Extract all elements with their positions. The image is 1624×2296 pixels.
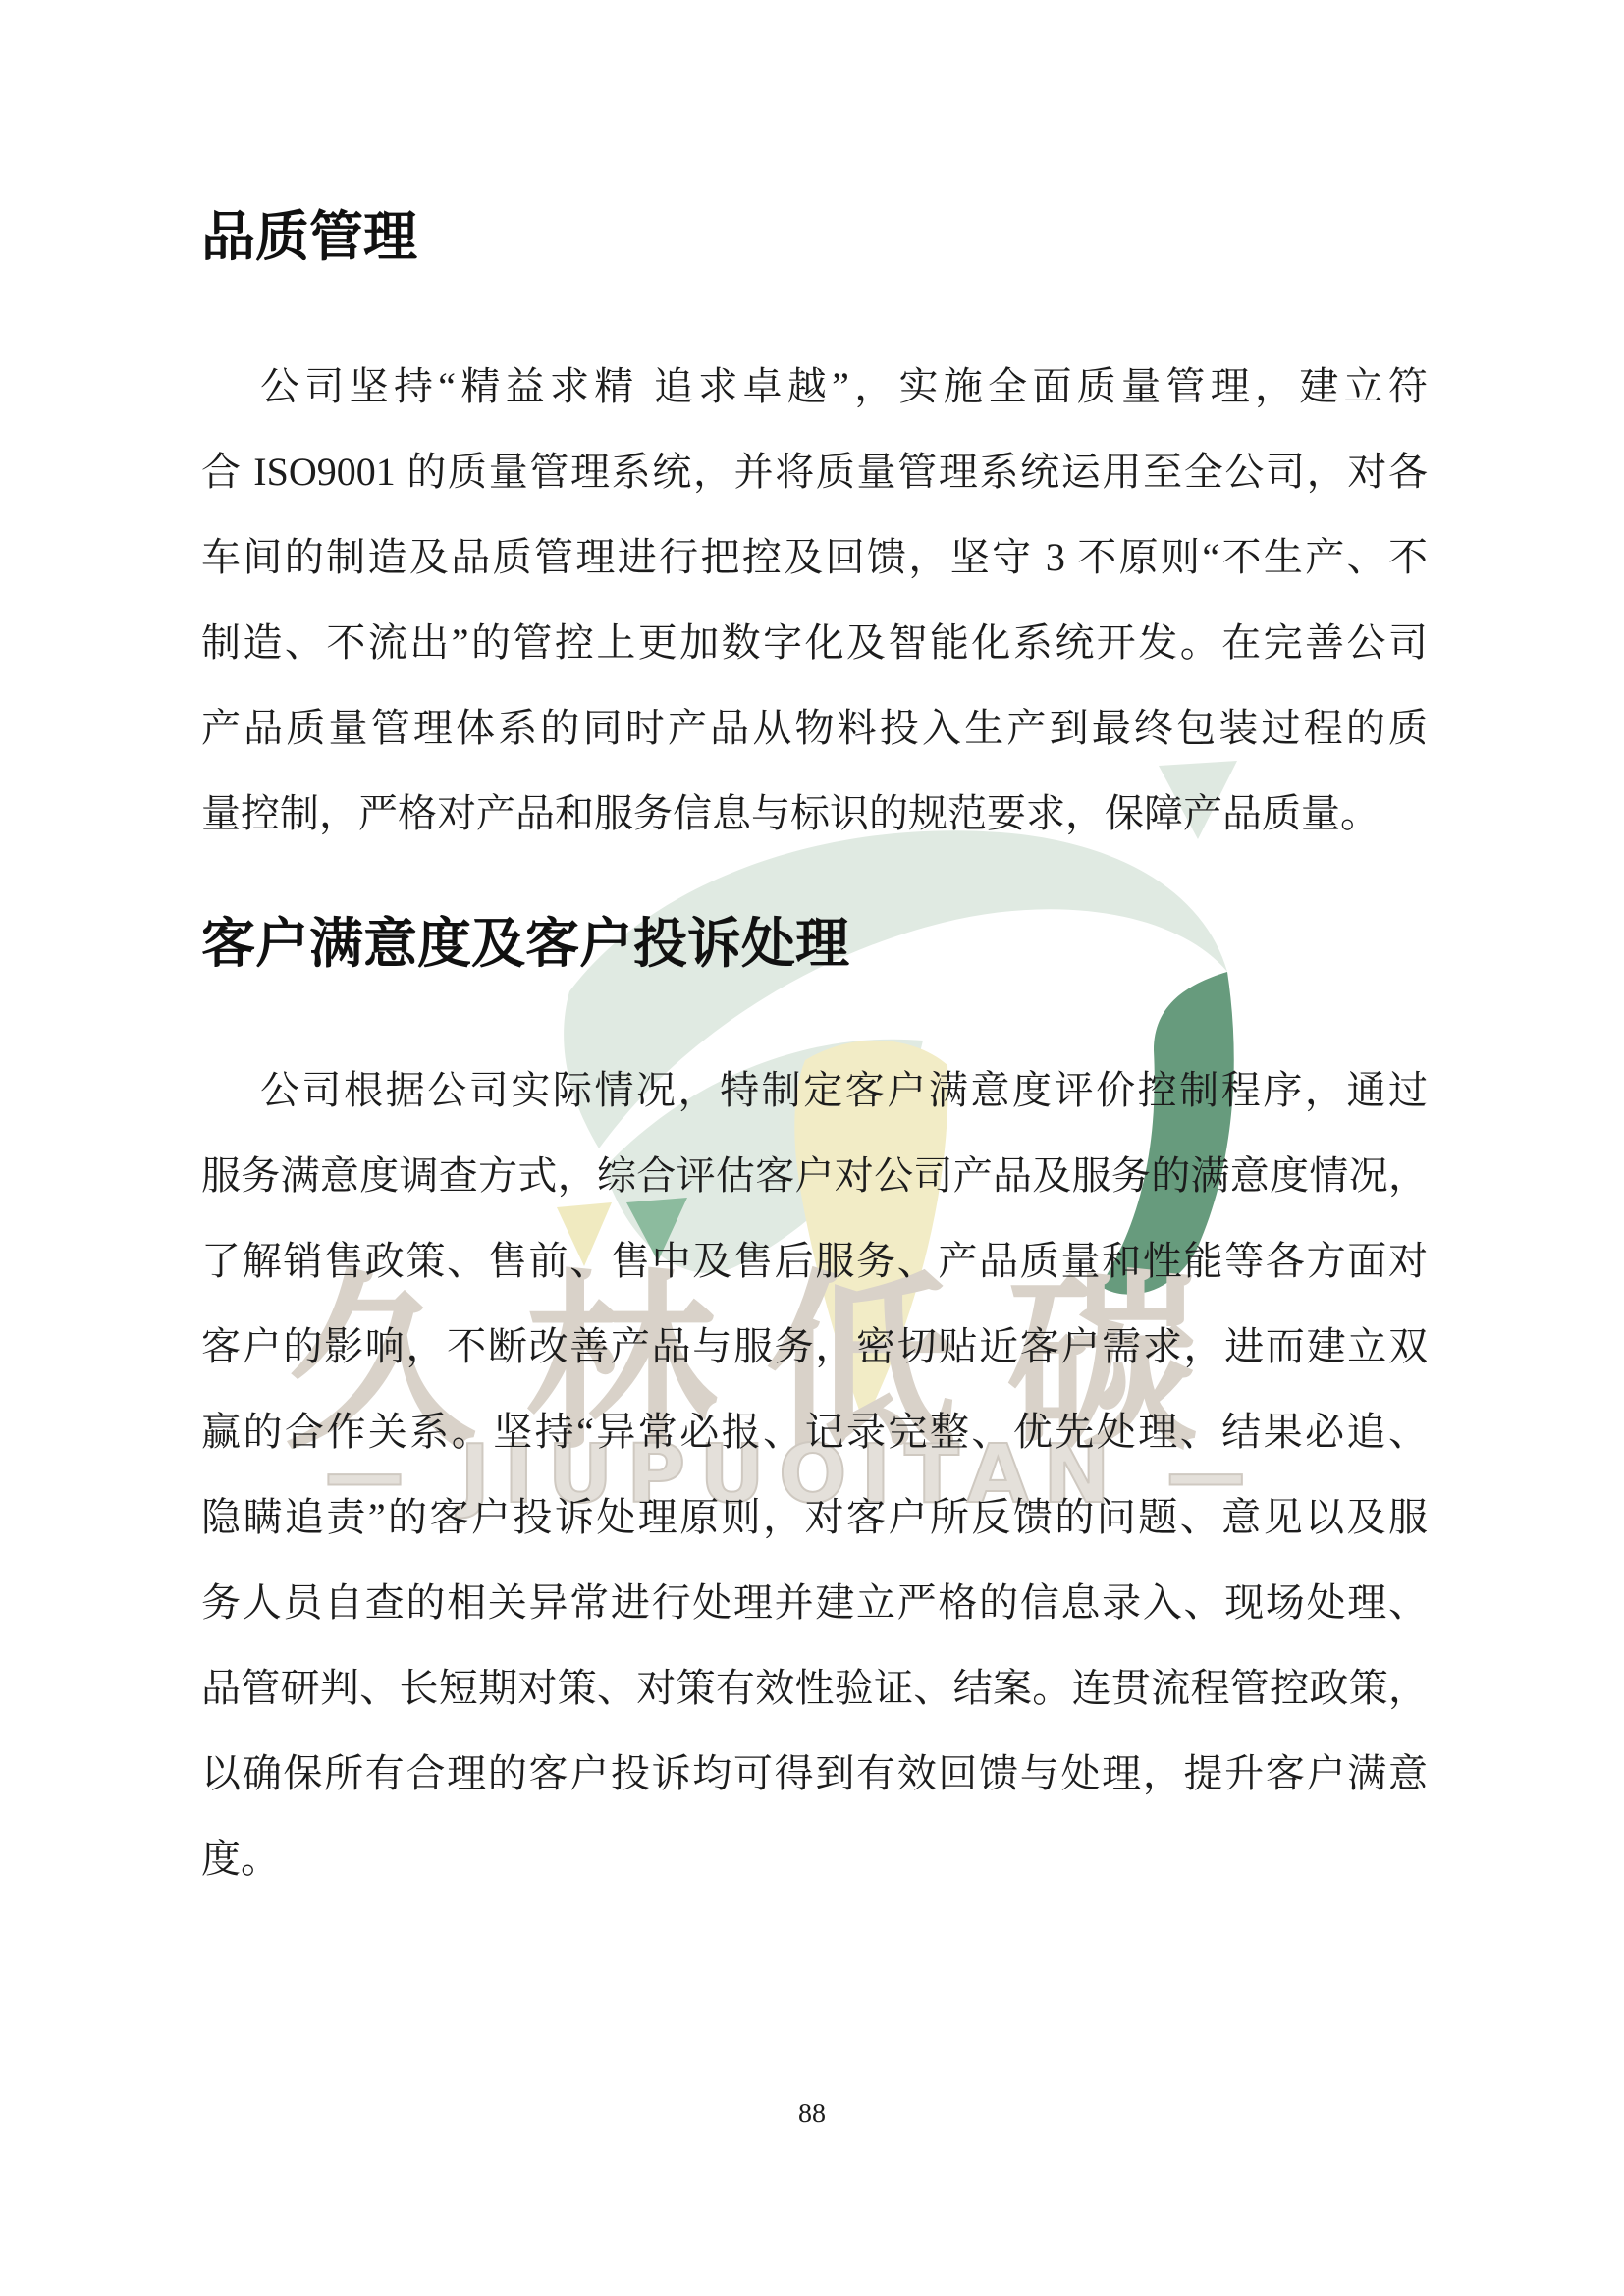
paragraph-line: 务人员自查的相关异常进行处理并建立严格的信息录入、现场处理、: [201, 1560, 1428, 1645]
paragraph-line: 品管研判、长短期对策、对策有效性验证、结案。连贯流程管控政策，: [201, 1645, 1428, 1731]
paragraph-line: 车间的制造及品质管理进行把控及回馈，坚守 3 不原则“不生产、不: [201, 514, 1428, 600]
paragraph-line: 制造、不流出”的管控上更加数字化及智能化系统开发。在完善公司: [201, 600, 1428, 685]
paragraph-line: 量控制，严格对产品和服务信息与标识的规范要求，保障产品质量。: [201, 771, 1428, 856]
paragraph-line: 了解销售政策、售前、售中及售后服务、产品质量和性能等各方面对: [201, 1218, 1428, 1304]
paragraph-line: 合 ISO9001 的质量管理系统，并将质量管理系统运用至全公司，对各: [201, 429, 1428, 514]
paragraph-line: 产品质量管理体系的同时产品从物料投入生产到最终包装过程的质: [201, 685, 1428, 771]
paragraph-line: 度。: [201, 1816, 1428, 1901]
paragraph-line: 公司坚持“精益求精 追求卓越”，实施全面质量管理，建立符: [201, 344, 1428, 429]
paragraph-line: 赢的合作关系。坚持“异常必报、记录完整、优先处理、结果必追、: [201, 1389, 1428, 1474]
paragraph-customer-satisfaction: 公司根据公司实际情况，特制定客户满意度评价控制程序，通过服务满意度调查方式，综合…: [201, 1047, 1428, 1901]
section-heading-customer-satisfaction: 客户满意度及客户投诉处理: [201, 915, 1428, 974]
document-content: 品质管理 公司坚持“精益求精 追求卓越”，实施全面质量管理，建立符合 ISO90…: [0, 208, 1624, 1901]
page-number: 88: [0, 2099, 1624, 2130]
document-page: 久林低碳 — JIUPUOITAN — 品质管理 公司坚持“精益求精 追求卓越”…: [0, 0, 1624, 2296]
paragraph-line: 客户的影响，不断改善产品与服务，密切贴近客户需求，进而建立双: [201, 1304, 1428, 1389]
section-heading-quality-management: 品质管理: [201, 208, 1428, 267]
paragraph-line: 以确保所有合理的客户投诉均可得到有效回馈与处理，提升客户满意: [201, 1731, 1428, 1816]
paragraph-line: 隐瞒追责”的客户投诉处理原则，对客户所反馈的问题、意见以及服: [201, 1474, 1428, 1560]
paragraph-quality-management: 公司坚持“精益求精 追求卓越”，实施全面质量管理，建立符合 ISO9001 的质…: [201, 344, 1428, 856]
paragraph-line: 公司根据公司实际情况，特制定客户满意度评价控制程序，通过: [201, 1047, 1428, 1133]
paragraph-line: 服务满意度调查方式，综合评估客户对公司产品及服务的满意度情况，: [201, 1133, 1428, 1218]
